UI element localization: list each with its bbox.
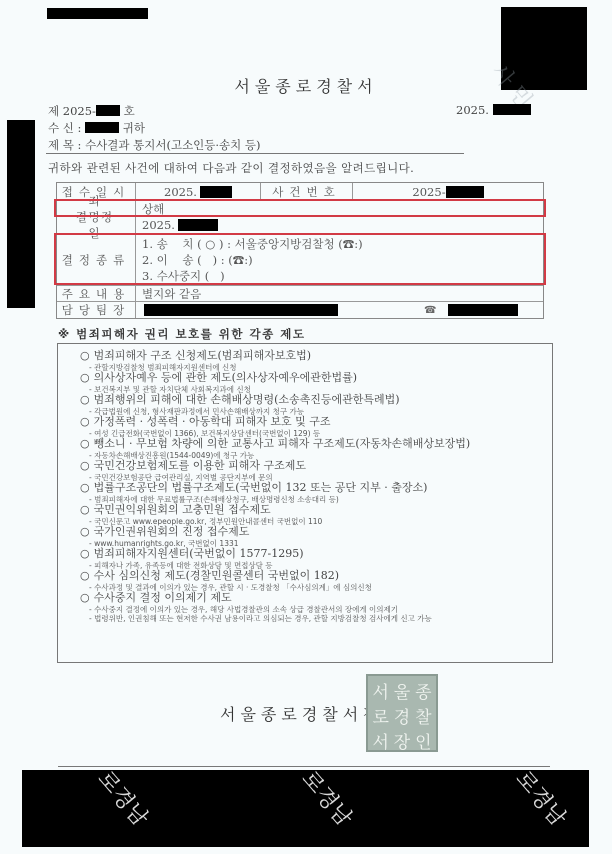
agency-title: 서울종로경찰서	[0, 74, 612, 97]
doc-number: 제 2025- 호	[48, 103, 135, 119]
rights-item-title: ○국민권익위원회의 고충민원 접수제도	[80, 504, 552, 517]
recipient-line: 수 신 : 귀하	[48, 120, 145, 136]
rights-item-title: ○범죄피해자지원센터(국번없이 1577-1295)	[80, 548, 552, 561]
officer-phone-redaction	[448, 304, 518, 316]
recipient-suffix: 귀하	[123, 121, 145, 135]
bullet-icon: ○	[80, 437, 90, 450]
rights-item-title-text: 가정폭력 · 성폭력 · 아동학대 피해자 보호 및 구조	[94, 415, 331, 428]
rights-item-title-text: 국민건강보험제도를 이용한 피해자 구조제도	[94, 459, 306, 472]
intro-text: 귀하와 관련된 사건에 대하여 다음과 같이 결정하였음을 알려드립니다.	[48, 160, 414, 176]
recipient-label: 수 신 :	[48, 121, 81, 135]
bullet-icon: ○	[80, 481, 90, 494]
seal-character: 경	[394, 703, 410, 728]
rights-item-title: ○수사중지 결정 이의제기 제도	[80, 592, 552, 605]
rights-item-title: ○국가인권위원회의 진정 접수제도	[80, 526, 552, 539]
seal-character: 울	[394, 678, 410, 703]
rights-item-title: ○뺑소니 · 무보험 차량에 의한 교통사고 피해자 구조제도(자동차손해배상보…	[80, 438, 552, 451]
subject-divider	[46, 153, 464, 154]
highlight-crime-row	[54, 199, 546, 217]
rights-item-title-text: 의사상자예우 등에 관한 제도(의사상자예우에관한법률)	[94, 371, 357, 384]
rights-item-title: ○의사상자예우 등에 관한 제도(의사상자예우에관한법률)	[80, 372, 552, 385]
seal-character: 로	[372, 703, 388, 728]
subject-label: 제 목 :	[48, 138, 81, 152]
highlight-decision-type-row	[54, 233, 546, 285]
bullet-icon: ○	[80, 569, 90, 582]
rights-item-title: ○법률구조공단의 법률구조제도(국번없이 132 또는 공단 지부 · 출장소)	[80, 482, 552, 495]
redaction-top-left	[47, 8, 148, 19]
rights-item-title-text: 뺑소니 · 무보험 차량에 의한 교통사고 피해자 구조제도(자동차손해배상보장…	[94, 437, 471, 450]
decision-date-redaction	[178, 219, 218, 231]
seal-character: 서	[372, 678, 388, 703]
officer-value: ☎	[136, 302, 543, 318]
seal-character: 찰	[415, 703, 431, 728]
bullet-icon: ○	[80, 415, 90, 428]
officer-label: 담당팀장	[57, 302, 136, 318]
issue-date-redaction	[493, 104, 531, 115]
case-number-value: 2025-	[353, 183, 543, 200]
rights-item-title-text: 수사중지 결정 이의제기 제도	[94, 591, 232, 604]
seal-character: 인	[415, 728, 431, 753]
bottom-divider	[58, 766, 550, 767]
case-number-redaction	[446, 186, 484, 198]
rights-item-title-text: 범죄피해자 구조 신청제도(범죄피해자보호법)	[94, 349, 311, 362]
decision-date-value: 2025.	[136, 217, 543, 233]
reception-value: 2025.	[136, 183, 261, 200]
main-content-value: 별지와 같음	[136, 286, 543, 301]
rights-item-title-text: 수사 심의신청 제도(경찰민원콜센터 국번없이 182)	[94, 569, 339, 582]
decision-date-text: 2025.	[142, 218, 175, 232]
reception-redaction	[200, 186, 232, 198]
bullet-icon: ○	[80, 393, 90, 406]
rights-item-title-text: 국민권익위원회의 고충민원 접수제도	[94, 503, 271, 516]
bullet-icon: ○	[80, 503, 90, 516]
subject-line: 제 목 : 수사결과 통지서(고소인등·송치 등)	[48, 137, 261, 153]
seal-character: 서	[372, 728, 388, 753]
bullet-icon: ○	[80, 525, 90, 538]
seal-character: 종	[415, 678, 431, 703]
officer-name-redaction	[144, 304, 338, 316]
doc-number-redaction	[96, 105, 120, 116]
redaction-left-margin	[7, 120, 35, 308]
reception-date-text: 2025.	[164, 185, 197, 199]
rights-item-title-text: 국가인권위원회의 진정 접수제도	[94, 525, 250, 538]
rights-item-title: ○수사 심의신청 제도(경찰민원콜센터 국번없이 182)	[80, 570, 552, 583]
rights-item-detail: - 수사중지 결정에 이의가 있는 경우, 해당 사법경찰관의 소속 상급 경찰…	[80, 605, 552, 615]
bullet-icon: ○	[80, 591, 90, 604]
rights-item-title: ○가정폭력 · 성폭력 · 아동학대 피해자 보호 및 구조	[80, 416, 552, 429]
bullet-icon: ○	[80, 459, 90, 472]
bullet-icon: ○	[80, 349, 90, 362]
issue-date-prefix: 2025.	[456, 103, 489, 117]
recipient-redaction	[85, 122, 119, 133]
rights-item-title-text: 법률구조공단의 법률구조제도(국번없이 132 또는 공단 지부 · 출장소)	[94, 481, 428, 494]
rights-item-detail: - 법령위반, 인권침해 또는 현저한 수사권 남용이라고 의심되는 경우, 관…	[80, 614, 552, 624]
row-officer: 담당팀장 ☎	[57, 301, 543, 318]
row-main-content: 주요내용 별지와 같음	[57, 285, 543, 301]
official-seal: 서울종로경찰서장인	[366, 674, 438, 752]
rights-item-title-text: 범죄피해자지원센터(국번없이 1577-1295)	[94, 547, 304, 560]
phone-icon: ☎	[424, 305, 436, 316]
decision-date-label: 결정일	[57, 217, 136, 233]
rights-item-title: ○범죄행위의 피해에 대한 손해배상명령(소송촉진등에관한특례법)	[80, 394, 552, 407]
main-content-label: 주요내용	[57, 286, 136, 301]
bullet-icon: ○	[80, 547, 90, 560]
case-number-label: 사건번호	[261, 183, 353, 200]
seal-character: 장	[394, 728, 410, 753]
rights-section-heading: ※ 범죄피해자 권리 보호를 위한 각종 제도	[58, 326, 305, 342]
row-decision-date: 결정일 2025.	[57, 216, 543, 233]
issue-date: 2025.	[456, 103, 531, 117]
rights-item-title: ○국민건강보험제도를 이용한 피해자 구조제도	[80, 460, 552, 473]
bullet-icon: ○	[80, 371, 90, 384]
rights-list: ○범죄피해자 구조 신청제도(범죄피해자보호법)- 관할지방검찰청 범죄피해자지…	[57, 343, 553, 663]
signatory: 서울종로경찰서장	[220, 702, 384, 725]
doc-number-suffix: 호	[124, 104, 135, 118]
rights-item-title-text: 범죄행위의 피해에 대한 손해배상명령(소송촉진등에관한특례법)	[94, 393, 400, 406]
rights-item-title: ○범죄피해자 구조 신청제도(범죄피해자보호법)	[80, 350, 552, 363]
case-number-text: 2025-	[412, 185, 445, 199]
doc-number-prefix: 제 2025-	[48, 104, 96, 118]
subject-value: 수사결과 통지서(고소인등·송치 등)	[85, 138, 260, 152]
